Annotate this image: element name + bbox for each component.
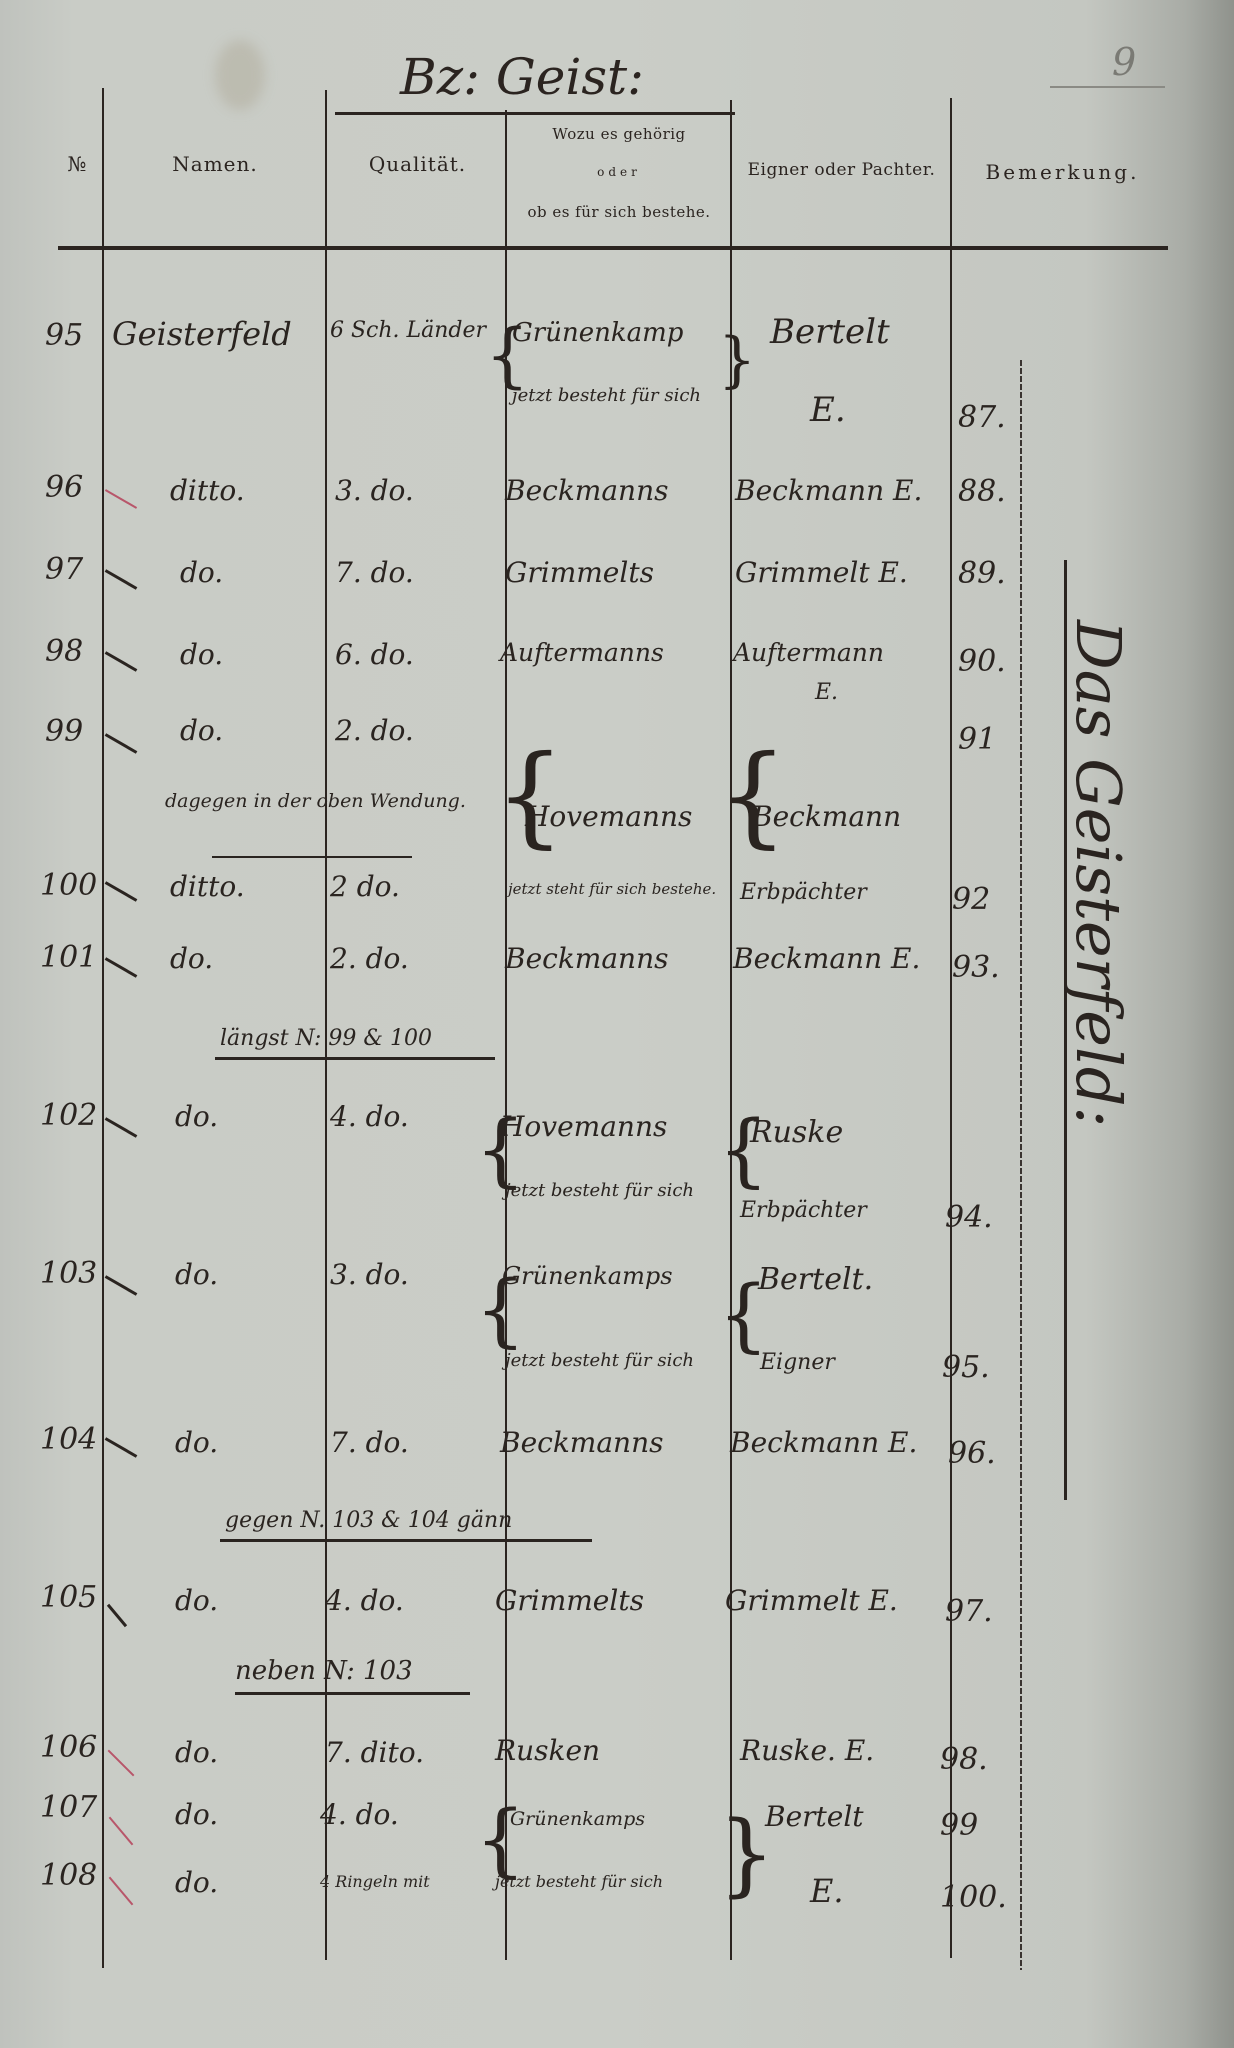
header-wozu-line1: Wozu es gehörig [510, 125, 728, 143]
row-nr: 101 [40, 940, 97, 975]
check-mark [108, 1750, 135, 1777]
row-bemerkung: 88. [958, 474, 1006, 509]
row-eigner: Beckmann E. [733, 942, 920, 975]
annotation-underline [215, 1057, 495, 1060]
check-mark [105, 489, 137, 509]
row-eigner-note: Erbpächter [740, 880, 867, 905]
row-qualitaet: 6 Sch. Länder [330, 318, 486, 343]
annotation-underline [220, 1539, 592, 1542]
row-bemerkung: 87. [958, 400, 1006, 435]
row-nr: 99 [45, 714, 83, 749]
row-qualitaet: 2. do. [335, 714, 414, 747]
row-eigner: Auftermann [733, 638, 884, 667]
row-bemerkung: 93. [952, 950, 1000, 985]
row-bemerkung: 98. [940, 1742, 988, 1777]
row-name: do. [175, 1258, 218, 1291]
row-eigner-note: E. [810, 390, 846, 430]
annotation-underline [235, 1692, 470, 1695]
row-name: do. [175, 1736, 218, 1769]
row-wozu: Grimmelts [505, 556, 654, 589]
check-mark [109, 1817, 134, 1846]
check-mark [105, 651, 138, 672]
row-wozu-note: jetzt besteht für sich [505, 1350, 694, 1371]
margin-note-vertical: Das Geisterfeld: [1062, 620, 1135, 1127]
check-mark [105, 1117, 138, 1138]
row-eigner: Bertelt. [758, 1262, 873, 1297]
row-qualitaet: 7. do. [330, 1426, 409, 1459]
row-eigner: Ruske [750, 1115, 843, 1150]
check-mark [105, 881, 138, 902]
row-qualitaet: 2 do. [330, 870, 400, 903]
row-name: do. [175, 1100, 218, 1133]
row-qualitaet: 7. dito. [325, 1736, 424, 1769]
annotation-underline [212, 856, 412, 858]
check-mark [105, 957, 138, 978]
row-eigner: Beckmann [752, 800, 901, 833]
row-bemerkung: 91 [958, 722, 996, 757]
column-rule-eigner [950, 98, 952, 1958]
row-wozu-note: jetzt besteht für sich [512, 385, 701, 406]
row-wozu: Grünenkamp [512, 318, 683, 348]
check-mark [105, 733, 138, 754]
row-bemerkung: 95. [942, 1350, 990, 1385]
row-wozu: Beckmanns [500, 1426, 663, 1459]
row-eigner-note: Erbpächter [740, 1198, 867, 1223]
row-eigner: Beckmann E. [730, 1426, 917, 1459]
header-bemerkung: Bemerkung. [955, 160, 1170, 184]
header-wozu-line3: ob es für sich bestehe. [510, 203, 728, 221]
row-eigner: Grimmelt E. [735, 556, 908, 589]
brace: { [718, 740, 788, 850]
brace: } [718, 330, 756, 390]
row-name: do. [180, 556, 223, 589]
row-nr: 106 [40, 1730, 97, 1765]
row-nr: 102 [40, 1098, 97, 1133]
annotation-before-105: gegen N. 103 & 104 gänn [225, 1508, 512, 1533]
row-eigner-note: Eigner [760, 1350, 835, 1375]
row-wozu-note: jetzt besteht für sich [505, 1180, 694, 1201]
title-underline [335, 112, 735, 115]
bemerkung-wavy-rule [1020, 360, 1022, 1970]
row-wozu-note: jetzt besteht für sich [495, 1872, 663, 1891]
row-nr: 107 [40, 1790, 97, 1825]
row-wozu: Grünenkamps [502, 1262, 673, 1290]
row-qualitaet: 4. do. [325, 1584, 404, 1617]
row-qualitaet: 3. do. [335, 474, 414, 507]
row-bemerkung: 94. [945, 1200, 993, 1235]
row-nr: 96 [45, 470, 83, 505]
row-eigner: Bertelt [765, 1800, 864, 1833]
row-wozu: Grünenkamps [510, 1808, 645, 1830]
annotation-before-106: neben N: 103 [235, 1656, 413, 1686]
row-wozu: Auftermanns [500, 638, 664, 667]
header-rule [58, 246, 1168, 250]
row-eigner: Beckmann E. [735, 474, 922, 507]
brace: { [495, 740, 565, 850]
check-mark [107, 1604, 127, 1627]
row-nr: 103 [40, 1256, 97, 1291]
row-name: do. [175, 1426, 218, 1459]
row-wozu: Rusken [495, 1734, 600, 1767]
row-qualitaet: 3. do. [330, 1258, 409, 1291]
row-name: do. [180, 638, 223, 671]
paper-stain [215, 40, 265, 110]
row-bemerkung: 96. [948, 1436, 996, 1471]
row-wozu: Beckmanns [505, 942, 668, 975]
row-name: do. [180, 714, 223, 747]
row-wozu: Hovemanns [500, 1110, 667, 1143]
row-eigner-note: E. [810, 1872, 844, 1910]
row-nr: 95 [45, 318, 83, 353]
row-name: do. [175, 1584, 218, 1617]
row-eigner: Ruske. E. [740, 1734, 874, 1767]
row-bemerkung: 89. [958, 556, 1006, 591]
row-name: ditto. [170, 474, 245, 507]
header-nr: № [55, 152, 100, 176]
row-eigner: Bertelt [770, 312, 890, 352]
row-bemerkung: 97. [945, 1594, 993, 1629]
row-qualitaet: 4. do. [320, 1798, 399, 1831]
annotation-before-102: längst N: 99 & 100 [220, 1026, 432, 1051]
header-qualitaet: Qualität. [330, 152, 505, 176]
row-nr: 108 [40, 1858, 97, 1893]
row-name: do. [175, 1866, 218, 1899]
row-qualitaet: 4 Ringeln mit [320, 1872, 430, 1891]
row-name: do. [170, 942, 213, 975]
check-mark [109, 1877, 134, 1906]
row-name: ditto. [170, 870, 245, 903]
check-mark [105, 1275, 138, 1296]
row-nr: 98 [45, 634, 83, 669]
page-number-underline [1050, 86, 1165, 88]
row-nr: 100 [40, 868, 97, 903]
row-nr: 105 [40, 1580, 97, 1615]
annotation-before-100: dagegen in der oben Wendung. [165, 790, 466, 812]
row-name: do. [175, 1798, 218, 1831]
row-qualitaet: 7. do. [335, 556, 414, 589]
row-wozu: Beckmanns [505, 474, 668, 507]
row-wozu: Hovemanns [525, 800, 692, 833]
page-number: 9 [1112, 40, 1136, 84]
row-name: Geisterfeld [112, 315, 292, 353]
row-eigner-note: E. [815, 680, 838, 705]
row-qualitaet: 2. do. [330, 942, 409, 975]
row-bemerkung: 90. [958, 644, 1006, 679]
row-eigner: Grimmelt E. [725, 1584, 898, 1617]
header-namen: Namen. [110, 152, 320, 176]
row-qualitaet: 4. do. [330, 1100, 409, 1133]
row-nr: 104 [40, 1422, 97, 1457]
row-qualitaet: 6. do. [335, 638, 414, 671]
column-rule-nr [102, 88, 104, 1968]
header-wozu-line2: oder [510, 165, 728, 179]
row-bemerkung: 100. [940, 1880, 1007, 1915]
row-wozu-note: jetzt steht für sich bestehe. [508, 880, 716, 898]
check-mark [105, 1437, 138, 1458]
row-nr: 97 [45, 552, 83, 587]
row-bemerkung: 92 [952, 882, 990, 917]
check-mark [105, 569, 138, 590]
row-wozu: Grimmelts [495, 1584, 644, 1617]
row-bemerkung: 99 [940, 1808, 978, 1843]
header-eigner: Eigner oder Pachter. [735, 160, 948, 180]
page-title: Bz: Geist: [400, 48, 644, 106]
